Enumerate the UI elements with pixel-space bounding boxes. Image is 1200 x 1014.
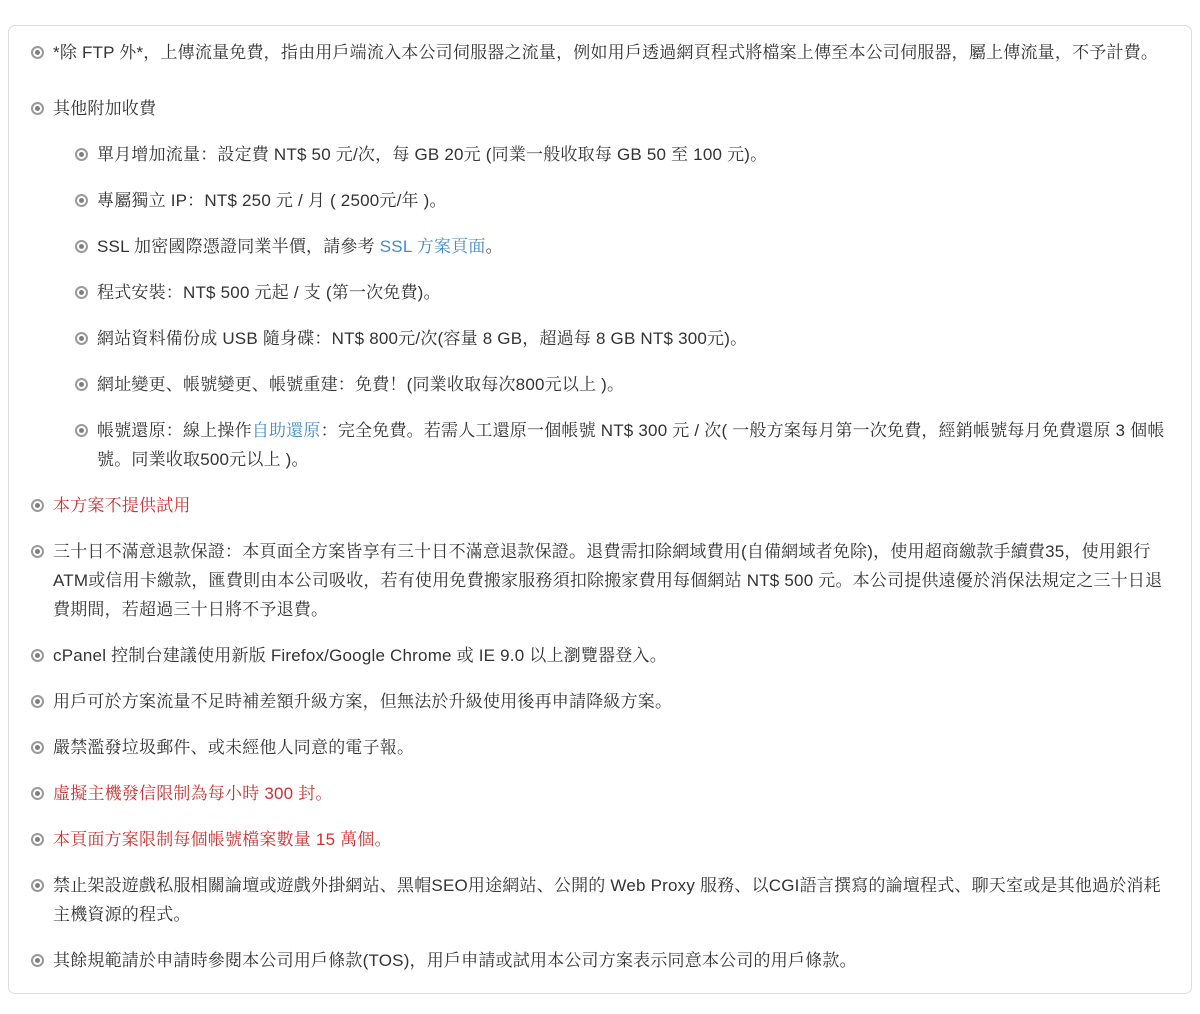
ssl-plan-link[interactable]: SSL 方案頁面 [380,237,486,256]
term-text-warning: 本頁面方案限制每個帳號檔案數量 15 萬個。 [53,830,392,849]
term-item: 用戶可於方案流量不足時補差額升級方案，但無法於升級使用後再申請降級方案。 [31,687,1171,716]
term-text: 其餘規範請於申請時參閱本公司用戶條款(TOS)，用戶申請或試用本公司方案表示同意… [53,951,857,970]
term-item: 虛擬主機發信限制為每小時 300 封。 [31,779,1171,808]
sub-terms-list: 單月增加流量：設定費 NT$ 50 元/次，每 GB 20元 (同業一般收取每 … [75,140,1171,474]
bullet-icon [31,741,44,754]
sub-term-item: 帳號還原：線上操作自助還原：完全免費。若需人工還原一個帳號 NT$ 300 元 … [75,416,1171,474]
term-text-warning: 虛擬主機發信限制為每小時 300 封。 [53,784,333,803]
bullet-icon [31,787,44,800]
term-text: 網址變更、帳號變更、帳號重建：免費！(同業收取每次800元以上 )。 [97,375,624,394]
sub-term-item: 程式安裝：NT$ 500 元起 / 支 (第一次免費)。 [75,278,1171,307]
term-item: 嚴禁濫發垃圾郵件、或未經他人同意的電子報。 [31,733,1171,762]
bullet-icon [31,545,44,558]
bullet-icon [75,148,88,161]
sub-term-item: 網址變更、帳號變更、帳號重建：免費！(同業收取每次800元以上 )。 [75,370,1171,399]
term-text: 用戶可於方案流量不足時補差額升級方案，但無法於升級使用後再申請降級方案。 [53,692,672,711]
term-item: cPanel 控制台建議使用新版 Firefox/Google Chrome 或… [31,641,1171,670]
term-text: 嚴禁濫發垃圾郵件、或未經他人同意的電子報。 [53,738,414,757]
term-item: 三十日不滿意退款保證：本頁面全方案皆享有三十日不滿意退款保證。退費需扣除網域費用… [31,537,1171,624]
term-text: 單月增加流量：設定費 NT$ 50 元/次，每 GB 20元 (同業一般收取每 … [97,145,767,164]
bullet-icon [75,378,88,391]
bullet-icon [31,499,44,512]
term-text: 帳號還原：線上操作自助還原：完全免費。若需人工還原一個帳號 NT$ 300 元 … [97,421,1165,469]
term-item: *除 FTP 外*，上傳流量免費，指由用戶端流入本公司伺服器之流量，例如用戶透過… [31,38,1171,67]
sub-term-item: SSL 加密國際憑證同業半價，請參考 SSL 方案頁面。 [75,232,1171,261]
term-text: 三十日不滿意退款保證：本頁面全方案皆享有三十日不滿意退款保證。退費需扣除網域費用… [53,542,1162,619]
sub-term-item: 單月增加流量：設定費 NT$ 50 元/次，每 GB 20元 (同業一般收取每 … [75,140,1171,169]
term-item: 本頁面方案限制每個帳號檔案數量 15 萬個。 [31,825,1171,854]
bullet-icon [75,286,88,299]
term-text: 其他附加收費 [53,99,156,118]
term-text-warning: 本方案不提供試用 [53,496,191,515]
bullet-icon [31,879,44,892]
term-item: 其餘規範請於申請時參閱本公司用戶條款(TOS)，用戶申請或試用本公司方案表示同意… [31,946,1171,975]
bullet-icon [75,194,88,207]
term-text: SSL 加密國際憑證同業半價，請參考 SSL 方案頁面。 [97,237,503,256]
term-text: 專屬獨立 IP：NT$ 250 元 / 月 ( 2500元/年 )。 [97,191,447,210]
term-item: 禁止架設遊戲私服相關論壇或遊戲外掛網站、黑帽SEO用途網站、公開的 Web Pr… [31,871,1171,929]
sub-term-item: 網站資料備份成 USB 隨身碟：NT$ 800元/次(容量 8 GB，超過每 8… [75,324,1171,353]
bullet-icon [31,833,44,846]
bullet-icon [75,240,88,253]
term-text: *除 FTP 外*，上傳流量免費，指由用戶端流入本公司伺服器之流量，例如用戶透過… [53,43,1158,62]
terms-list: *除 FTP 外*，上傳流量免費，指由用戶端流入本公司伺服器之流量，例如用戶透過… [31,38,1171,975]
terms-panel: *除 FTP 外*，上傳流量免費，指由用戶端流入本公司伺服器之流量，例如用戶透過… [8,25,1192,994]
sub-term-item: 專屬獨立 IP：NT$ 250 元 / 月 ( 2500元/年 )。 [75,186,1171,215]
term-text: 網站資料備份成 USB 隨身碟：NT$ 800元/次(容量 8 GB，超過每 8… [97,329,747,348]
bullet-icon [31,649,44,662]
term-item: 其他附加收費單月增加流量：設定費 NT$ 50 元/次，每 GB 20元 (同業… [31,94,1171,474]
bullet-icon [31,695,44,708]
bullet-icon [31,46,44,59]
term-text: 禁止架設遊戲私服相關論壇或遊戲外掛網站、黑帽SEO用途網站、公開的 Web Pr… [53,876,1161,924]
self-restore-link[interactable]: 自助還原 [252,421,321,440]
bullet-icon [75,332,88,345]
term-item: 本方案不提供試用 [31,491,1171,520]
bullet-icon [31,954,44,967]
term-text: 程式安裝：NT$ 500 元起 / 支 (第一次免費)。 [97,283,441,302]
bullet-icon [75,424,88,437]
bullet-icon [31,102,44,115]
term-text: cPanel 控制台建議使用新版 Firefox/Google Chrome 或… [53,646,667,665]
